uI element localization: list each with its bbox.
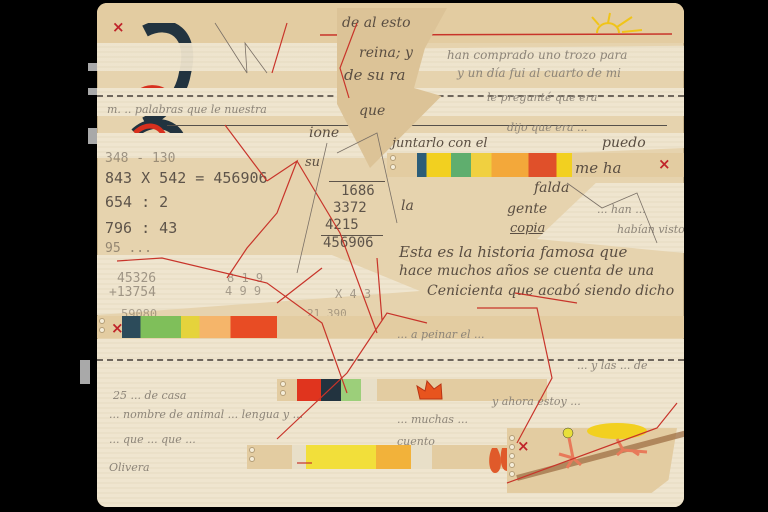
red-line-network — [97, 3, 684, 507]
artwork-photo: × de al esto reina; y de su ra han compr… — [0, 0, 768, 512]
tape-tab — [88, 128, 97, 144]
collage-board: × de al esto reina; y de su ra han compr… — [97, 3, 684, 507]
tape-tab — [88, 88, 97, 95]
tape-tab — [88, 63, 97, 71]
tape-tab — [80, 360, 90, 384]
